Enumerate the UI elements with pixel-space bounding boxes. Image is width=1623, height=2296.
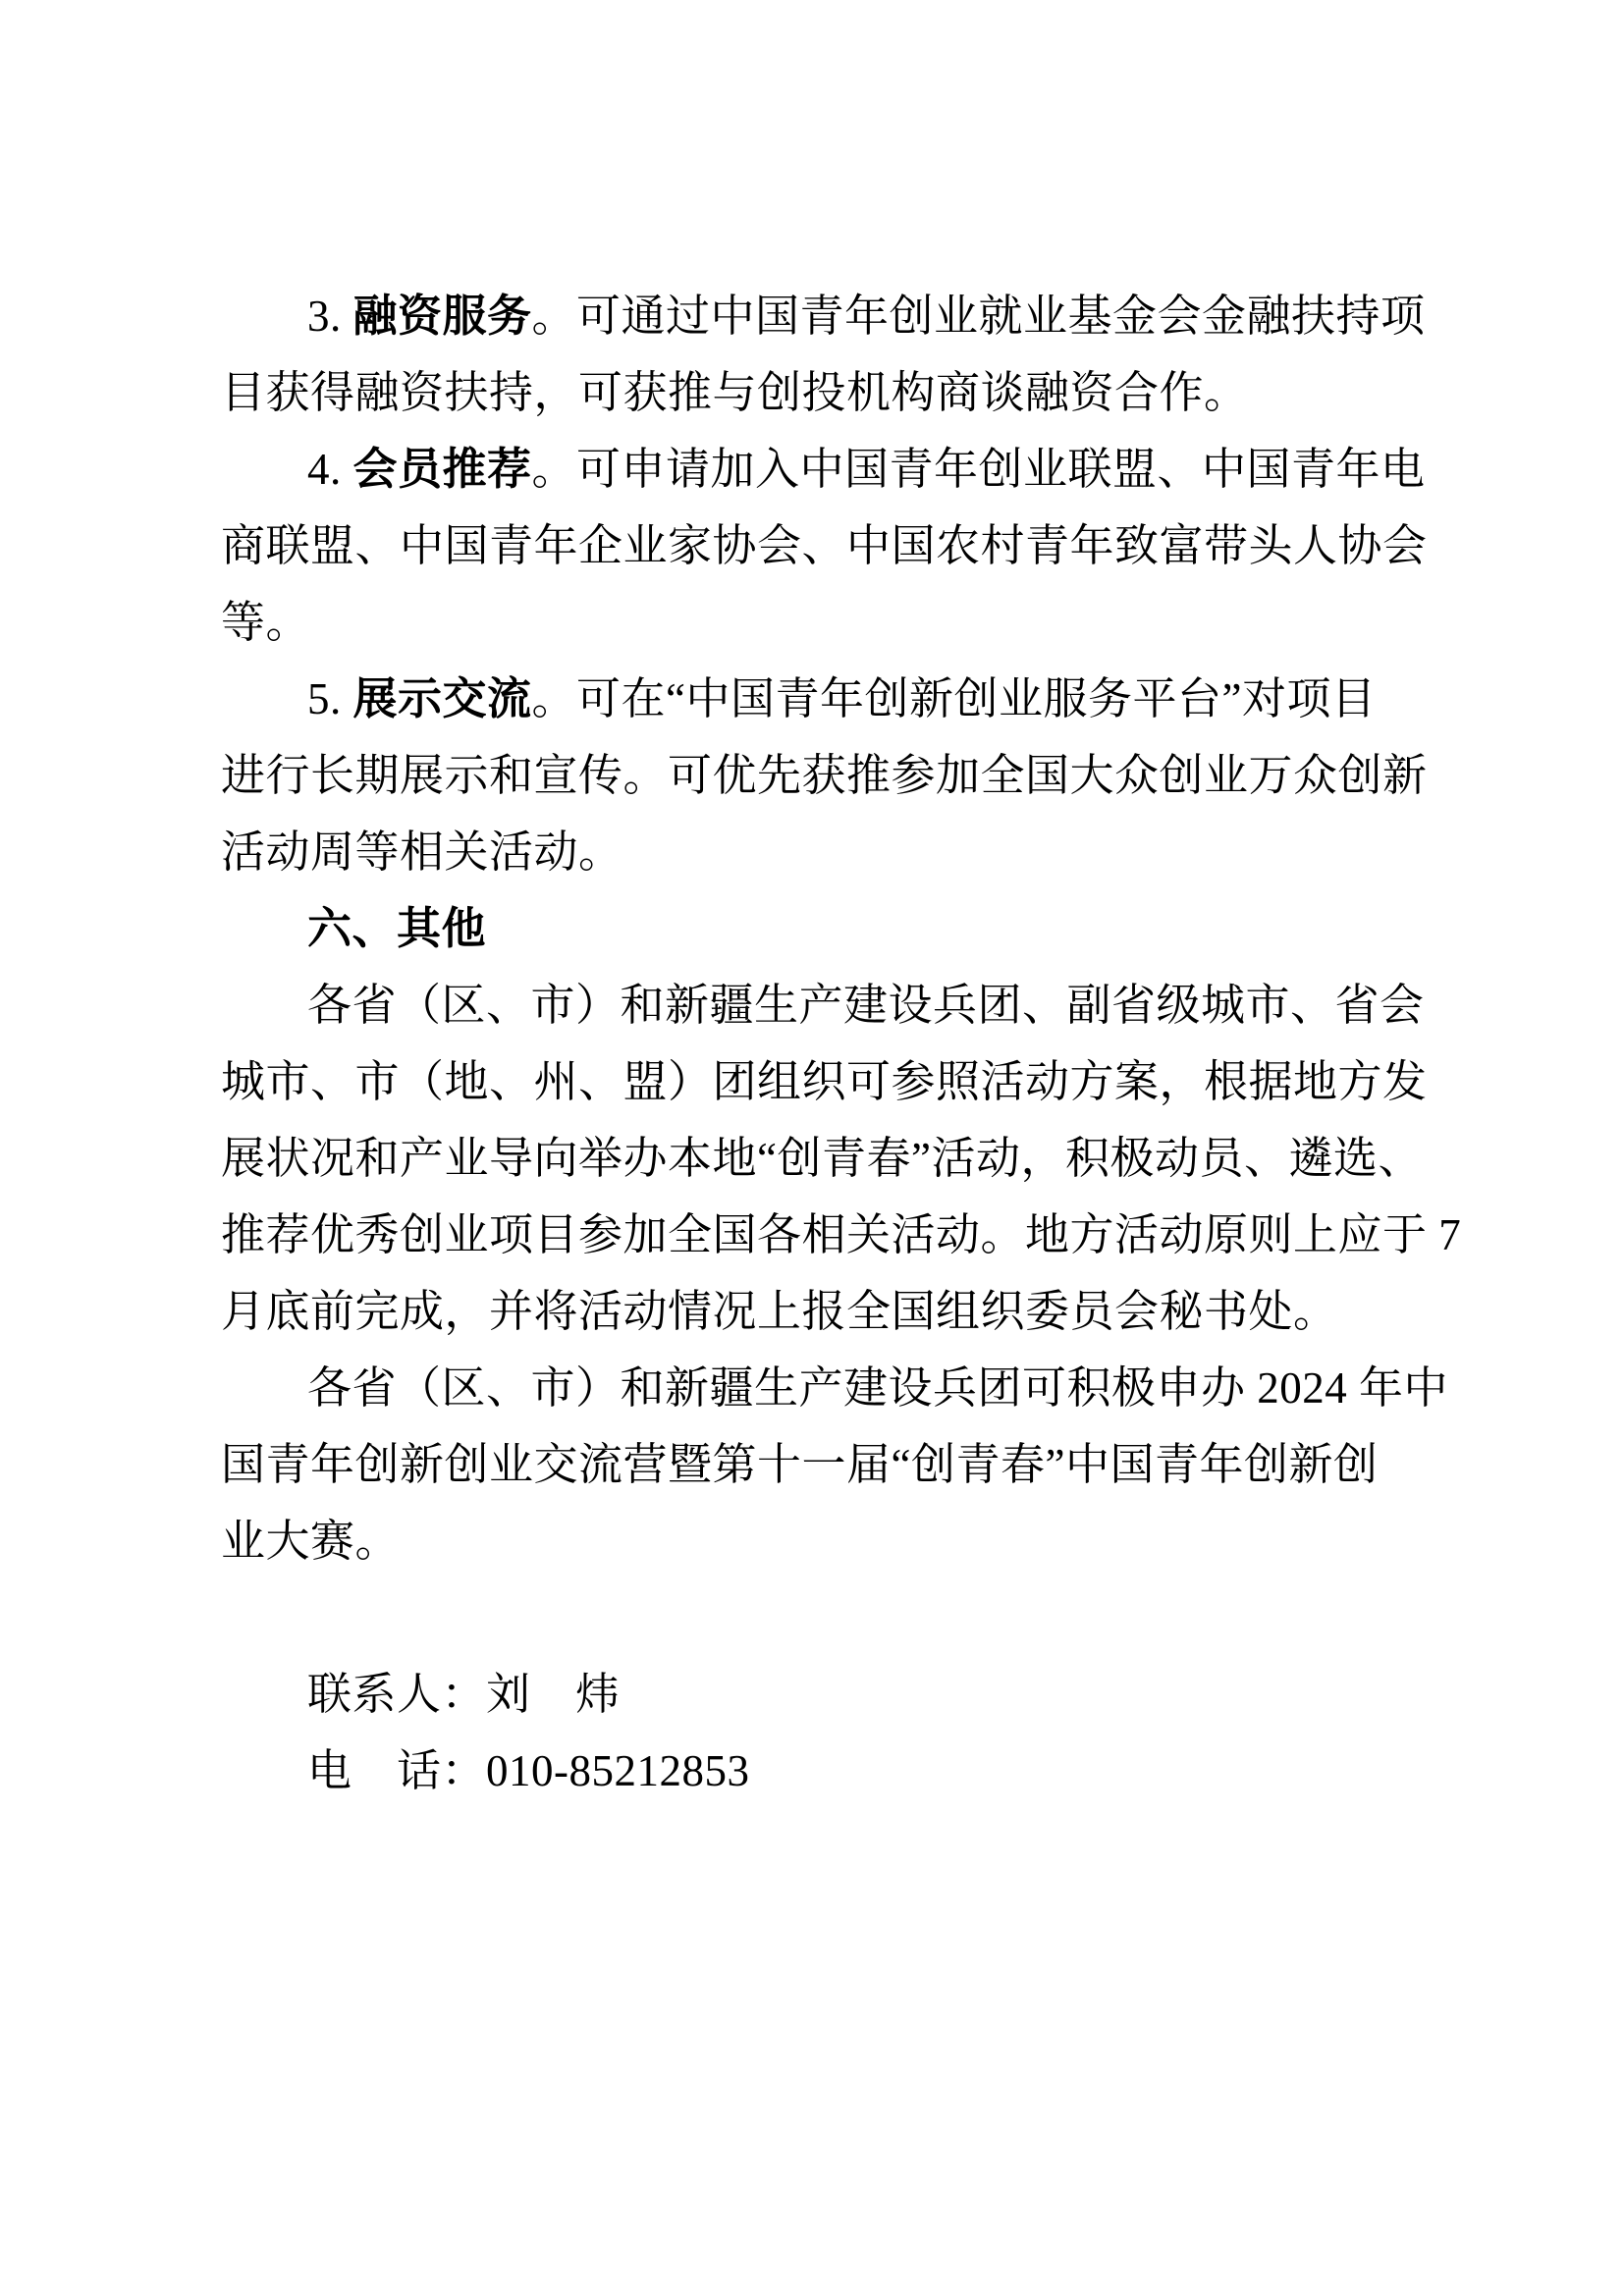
section-6-para-1-line-4: 推荐优秀创业项目参加全国各相关活动。地方活动原则上应于 7 — [221, 1197, 1429, 1273]
item-4-text: 。可申请加入中国青年创业联盟、中国青年电 — [532, 445, 1426, 494]
paragraph-item-5-line-1: 5. 展示交流。可在“中国青年创新创业服务平台”对项目 — [221, 661, 1429, 737]
document-page: 3. 融资服务。可通过中国青年创业就业基金会金融扶持项 目获得融资扶持，可获推与… — [0, 0, 1623, 2296]
section-6-para-2-line-3: 业大赛。 — [221, 1503, 1429, 1579]
paragraph-item-3-line-2: 目获得融资扶持，可获推与创投机构商谈融资合作。 — [221, 354, 1429, 431]
contact-phone-label: 电 话： — [307, 1746, 486, 1795]
item-5-title: 展示交流 — [353, 674, 532, 723]
section-6-para-1-line-5: 月底前完成，并将活动情况上报全国组织委员会秘书处。 — [221, 1273, 1429, 1350]
paragraph-item-4-line-1: 4. 会员推荐。可申请加入中国青年创业联盟、中国青年电 — [221, 431, 1429, 507]
paragraph-item-4-line-3: 等。 — [221, 584, 1429, 661]
paragraph-item-3-line-1: 3. 融资服务。可通过中国青年创业就业基金会金融扶持项 — [221, 278, 1429, 354]
section-6-para-1-line-3: 展状况和产业导向举办本地“创青春”活动，积极动员、遴选、 — [221, 1120, 1429, 1197]
item-4-title: 会员推荐 — [353, 445, 532, 494]
item-3-number: 3. — [307, 292, 353, 341]
item-4-number: 4. — [307, 445, 353, 494]
item-5-number: 5. — [307, 674, 353, 723]
paragraph-item-5-line-2: 进行长期展示和宣传。可优先获推参加全国大众创业万众创新 — [221, 737, 1429, 814]
section-6-heading: 六、其他 — [221, 890, 1429, 967]
item-3-title: 融资服务 — [353, 292, 532, 341]
contact-phone-line: 电 话：010-85212853 — [221, 1733, 1429, 1809]
document-body: 3. 融资服务。可通过中国青年创业就业基金会金融扶持项 目获得融资扶持，可获推与… — [221, 278, 1429, 1809]
blank-line — [221, 1579, 1429, 1656]
section-6-para-2-line-2: 国青年创新创业交流营暨第十一届“创青春”中国青年创新创 — [221, 1426, 1429, 1503]
contact-person-name: 刘 炜 — [486, 1670, 621, 1719]
section-6-para-1-line-2: 城市、市（地、州、盟）团组织可参照活动方案，根据地方发 — [221, 1043, 1429, 1120]
contact-person-line: 联系人：刘 炜 — [221, 1656, 1429, 1733]
item-3-text: 。可通过中国青年创业就业基金会金融扶持项 — [532, 292, 1426, 341]
item-5-text: 。可在“中国青年创新创业服务平台”对项目 — [532, 674, 1377, 723]
contact-phone-number: 010-85212853 — [486, 1746, 750, 1795]
section-6-para-2-line-1: 各省（区、市）和新疆生产建设兵团可积极申办 2024 年中 — [221, 1350, 1429, 1426]
contact-person-label: 联系人： — [307, 1670, 486, 1719]
section-6-para-1-line-1: 各省（区、市）和新疆生产建设兵团、副省级城市、省会 — [221, 967, 1429, 1043]
paragraph-item-5-line-3: 活动周等相关活动。 — [221, 814, 1429, 890]
paragraph-item-4-line-2: 商联盟、中国青年企业家协会、中国农村青年致富带头人协会 — [221, 507, 1429, 584]
